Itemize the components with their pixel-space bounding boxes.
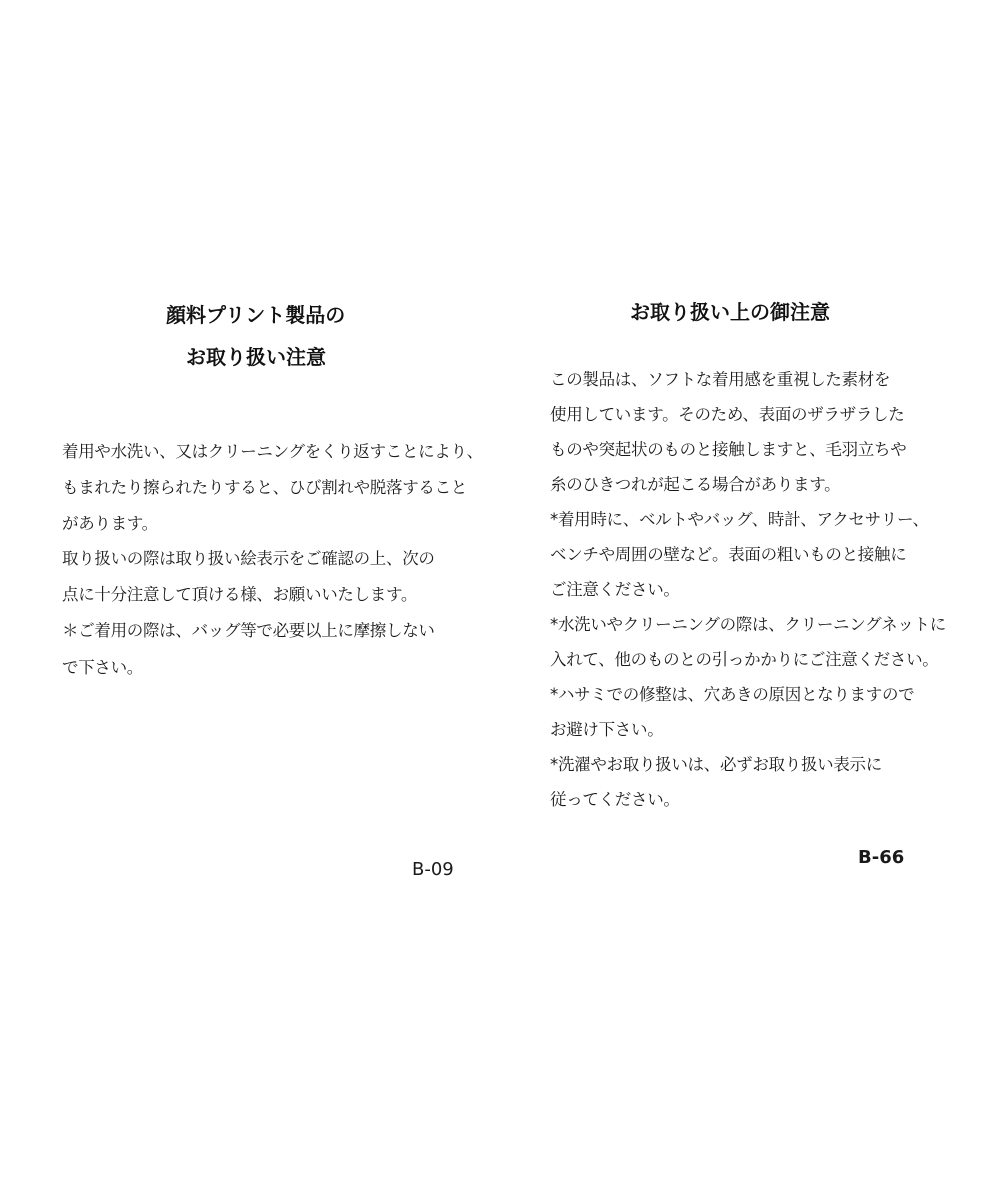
left-product-code: B-09 bbox=[412, 859, 454, 881]
left-body-line: 取り扱いの際は取り扱い絵表示をご確認の上、次の bbox=[62, 548, 435, 570]
right-body-line: *洗濯やお取り扱いは、必ずお取り扱い表示に bbox=[550, 754, 882, 776]
right-body-line: 糸のひきつれが起こる場合があります。 bbox=[550, 474, 840, 496]
left-body-line: ＊ご着用の際は、バッグ等で必要以上に摩擦しない bbox=[62, 620, 435, 642]
right-body-line: お避け下さい。 bbox=[550, 719, 663, 741]
right-body-line: 入れて、他のものとの引っかかりにご注意ください。 bbox=[550, 649, 938, 671]
right-product-code: B-66 bbox=[858, 847, 904, 869]
left-body-line: 点に十分注意して頂ける様、お願いいたします。 bbox=[62, 584, 417, 606]
right-body-line: ベンチや周囲の壁など。表面の粗いものと接触に bbox=[550, 544, 906, 566]
right-title: お取り扱い上の御注意 bbox=[630, 300, 830, 324]
left-body-line: があります。 bbox=[62, 513, 158, 535]
left-title-line-1: 顔料プリント製品の bbox=[166, 303, 345, 327]
right-body-line: ご注意ください。 bbox=[550, 579, 680, 601]
right-body-line: 使用しています。そのため、表面のザラザラした bbox=[550, 404, 904, 426]
right-body-line: 従ってください。 bbox=[550, 789, 680, 811]
left-body-line: 着用や水洗い、又はクリーニングをくり返すことにより、 bbox=[62, 441, 483, 463]
right-body-line: *着用時に、ベルトやバッグ、時計、アクセサリー、 bbox=[550, 509, 929, 531]
left-body-line: もまれたり擦られたりすると、ひび割れや脱落すること bbox=[62, 477, 467, 499]
left-title-line-2: お取り扱い注意 bbox=[186, 345, 326, 369]
right-body-line: *ハサミでの修整は、穴あきの原因となりますので bbox=[550, 684, 914, 706]
right-body-line: ものや突起状のものと接触しますと、毛羽立ちや bbox=[550, 439, 906, 461]
right-body-line: この製品は、ソフトな着用感を重視した素材を bbox=[550, 369, 890, 391]
right-body-line: *水洗いやクリーニングの際は、クリーニングネットに bbox=[550, 614, 946, 636]
left-body-line: で下さい。 bbox=[62, 657, 143, 679]
